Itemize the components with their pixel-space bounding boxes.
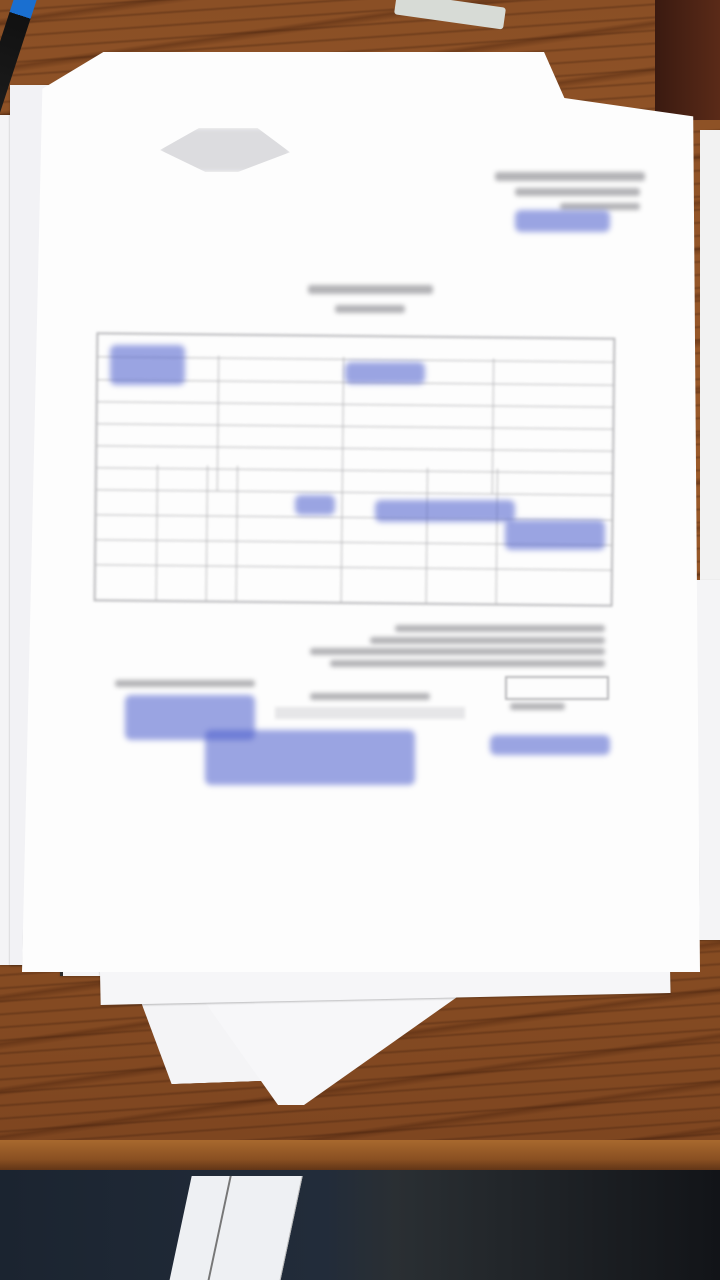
handwritten-entry: [295, 495, 335, 515]
signature-label: [115, 680, 255, 687]
handwritten-entry: [345, 362, 425, 384]
notes-line: [310, 648, 605, 655]
handwritten-entry: [505, 520, 605, 550]
date-box: [505, 676, 609, 700]
desk-edge: [0, 1140, 720, 1172]
handwritten-entry: [110, 345, 185, 385]
letterhead-line: [495, 172, 645, 181]
notes-line: [330, 660, 605, 667]
notes-line: [370, 637, 605, 644]
signature-stamp: [205, 730, 415, 785]
document-subtitle-blur: [335, 305, 405, 313]
signature-label: [510, 703, 565, 710]
signature-field: [275, 707, 465, 719]
binder: [655, 0, 720, 120]
letterhead-line: [515, 188, 640, 196]
document-title-blur: [308, 285, 433, 294]
signature-label: [310, 693, 430, 700]
fallen-paper: [168, 1176, 302, 1280]
floor-area: [0, 1170, 720, 1280]
handwritten-branch: [515, 210, 610, 232]
signature-right: [490, 735, 610, 755]
paper-edge: [700, 130, 720, 630]
notes-line: [395, 625, 605, 632]
letterhead-line: [560, 203, 640, 210]
handwritten-entry: [375, 500, 515, 522]
